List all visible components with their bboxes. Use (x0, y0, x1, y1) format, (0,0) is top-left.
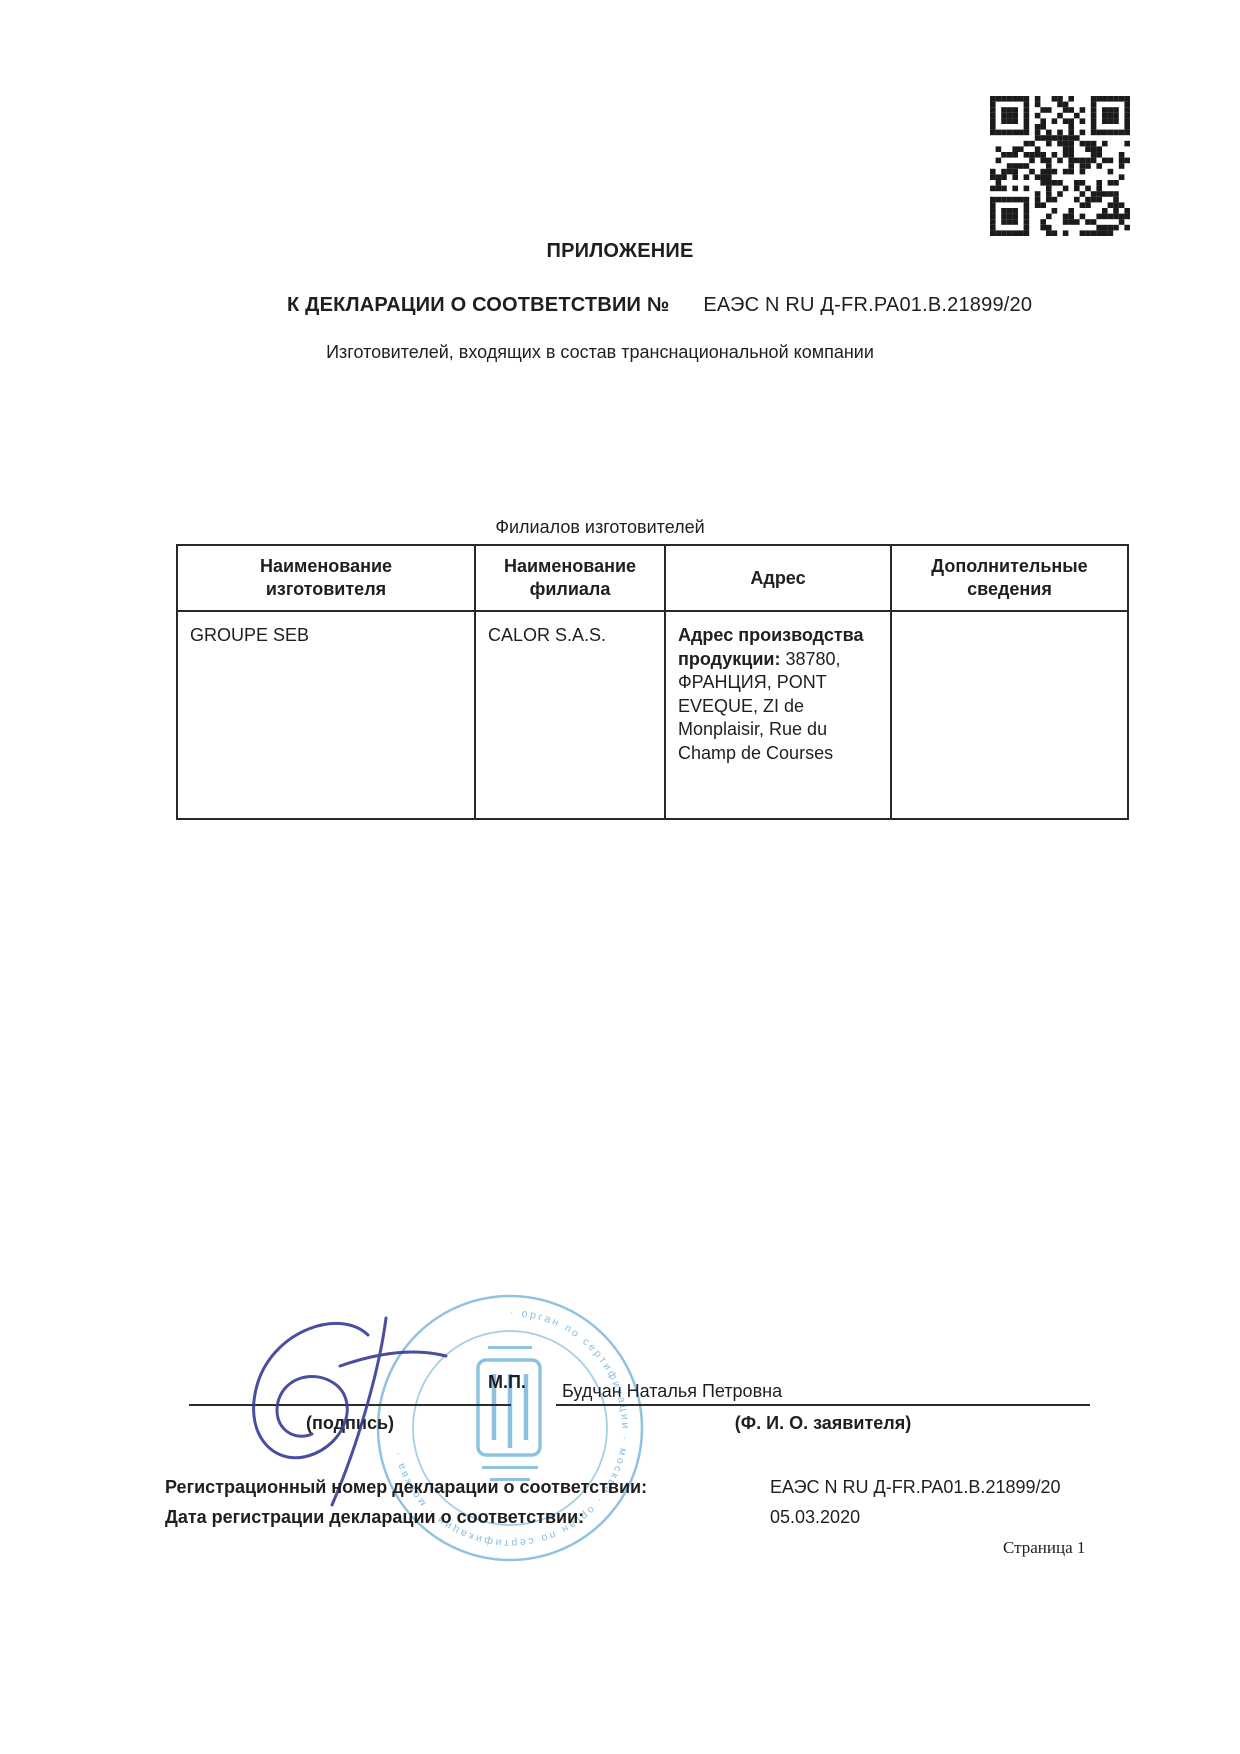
declaration-label: К ДЕКЛАРАЦИИ О СООТВЕТСТВИИ № (287, 294, 669, 317)
page-number: Страница 1 (1003, 1538, 1085, 1558)
registration-number-value: ЕАЭС N RU Д-FR.PA01.B.21899/20 (770, 1477, 1061, 1498)
table-header-row: Наименование изготовителя Наименование ф… (177, 545, 1128, 611)
applicant-name-line (556, 1404, 1090, 1406)
cell-manufacturer: GROUPE SEB (177, 611, 475, 819)
header-manufacturer: Наименование изготовителя (177, 545, 475, 611)
registration-date-value: 05.03.2020 (770, 1507, 860, 1528)
declaration-line: К ДЕКЛАРАЦИИ О СООТВЕТСТВИИ № ЕАЭС N RU … (287, 294, 1032, 317)
document-page: ПРИЛОЖЕНИЕ К ДЕКЛАРАЦИИ О СООТВЕТСТВИИ №… (0, 0, 1240, 1754)
applicant-name: Будчан Наталья Петровна (562, 1381, 782, 1402)
document-subtitle: Изготовителей, входящих в состав трансна… (0, 342, 1200, 363)
cell-branch: CALOR S.A.S. (475, 611, 665, 819)
table-caption: Филиалов изготовителей (350, 517, 850, 538)
header-address: Адрес (665, 545, 891, 611)
table-row: GROUPE SEB CALOR S.A.S. Адрес производст… (177, 611, 1128, 819)
page-title: ПРИЛОЖЕНИЕ (0, 240, 1240, 263)
header-branch: Наименование филиала (475, 545, 665, 611)
cell-address: Адрес производства продукции: 38780, ФРА… (665, 611, 891, 819)
qr-code-icon (990, 96, 1130, 236)
registration-date-label: Дата регистрации декларации о соответств… (165, 1507, 584, 1528)
registration-number-label: Регистрационный номер декларации о соотв… (165, 1477, 647, 1498)
header-additional: Дополнительные сведения (891, 545, 1128, 611)
declaration-number: ЕАЭС N RU Д-FR.PA01.B.21899/20 (703, 294, 1032, 317)
applicant-caption: (Ф. И. О. заявителя) (556, 1413, 1090, 1434)
branches-table: Наименование изготовителя Наименование ф… (176, 544, 1129, 820)
cell-additional (891, 611, 1128, 819)
